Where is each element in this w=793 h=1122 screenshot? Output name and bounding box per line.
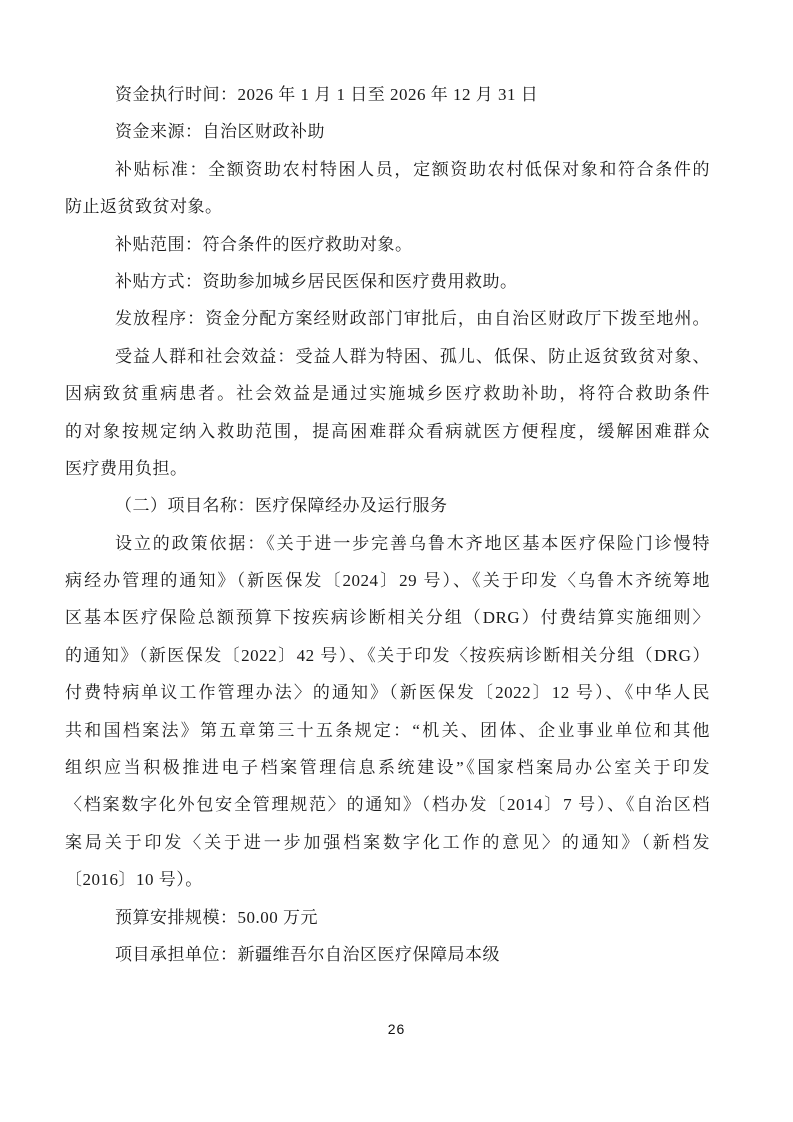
- page-footer: 26: [0, 1021, 793, 1039]
- doc-line: 补贴范围：符合条件的医疗救助对象。: [65, 226, 710, 263]
- doc-line: 付费特病单议工作管理办法〉的通知》（新医保发〔2022〕12 号）、《中华人民: [65, 674, 710, 711]
- doc-line: 共和国档案法》第五章第三十五条规定：“机关、团体、企业事业单位和其他: [65, 712, 710, 749]
- document-body: 资金执行时间：2026 年 1 月 1 日至 2026 年 12 月 31 日 …: [65, 76, 710, 973]
- doc-line: 项目承担单位：新疆维吾尔自治区医疗保障局本级: [65, 936, 710, 973]
- doc-line: 因病致贫重病患者。社会效益是通过实施城乡医疗救助补助，将符合救助条件: [65, 375, 710, 412]
- doc-line: 补贴方式：资助参加城乡居民医保和医疗费用救助。: [65, 263, 710, 300]
- doc-line: 受益人群和社会效益：受益人群为特困、孤儿、低保、防止返贫致贫对象、: [65, 338, 710, 375]
- doc-line: 的通知》（新医保发〔2022〕42 号）、《关于印发〈按疾病诊断相关分组（DRG…: [65, 637, 710, 674]
- doc-line: 资金来源：自治区财政补助: [65, 113, 710, 150]
- doc-line: 区基本医疗保险总额预算下按疾病诊断相关分组（DRG）付费结算实施细则〉: [65, 599, 710, 636]
- doc-line: 案局关于印发〈关于进一步加强档案数字化工作的意见〉的通知》（新档发: [65, 824, 710, 861]
- doc-line: 〈档案数字化外包安全管理规范〉的通知》（档办发〔2014〕7 号）、《自治区档: [65, 786, 710, 823]
- doc-line: 防止返贫致贫对象。: [65, 188, 710, 225]
- doc-line: 发放程序：资金分配方案经财政部门审批后，由自治区财政厅下拨至地州。: [65, 300, 710, 337]
- doc-line: 病经办管理的通知》（新医保发〔2024〕29 号）、《关于印发〈乌鲁木齐统筹地: [65, 562, 710, 599]
- doc-line: 设立的政策依据：《关于进一步完善乌鲁木齐地区基本医疗保险门诊慢特: [65, 525, 710, 562]
- doc-line: 预算安排规模：50.00 万元: [65, 899, 710, 936]
- page-number: 26: [388, 1021, 406, 1037]
- doc-line: 医疗费用负担。: [65, 450, 710, 487]
- doc-line: （二）项目名称：医疗保障经办及运行服务: [65, 487, 710, 524]
- doc-line: 〔2016〕10 号）。: [65, 861, 710, 898]
- document-page: 资金执行时间：2026 年 1 月 1 日至 2026 年 12 月 31 日 …: [0, 0, 793, 1122]
- doc-line: 的对象按规定纳入救助范围，提高困难群众看病就医方便程度，缓解困难群众: [65, 413, 710, 450]
- doc-line: 组织应当积极推进电子档案管理信息系统建设”《国家档案局办公室关于印发: [65, 749, 710, 786]
- doc-line: 补贴标准：全额资助农村特困人员，定额资助农村低保对象和符合条件的: [65, 151, 710, 188]
- doc-line: 资金执行时间：2026 年 1 月 1 日至 2026 年 12 月 31 日: [65, 76, 710, 113]
